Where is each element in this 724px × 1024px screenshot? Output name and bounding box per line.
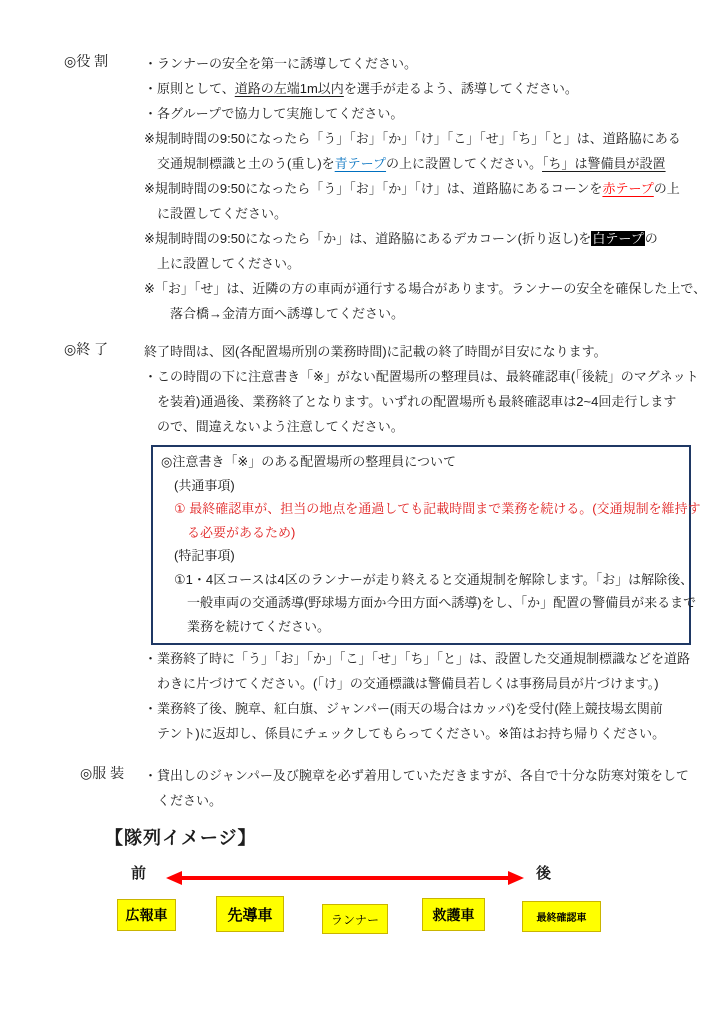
text-run: を選手が走るよう、誘導してください。 [344, 81, 578, 96]
text-run: を装着)通過後、業務終了となります。いずれの配置場所も最終確認車は2~4回走行し… [157, 394, 676, 409]
text-run: ◎注意書き「※」のある配置場所の整理員について [161, 454, 456, 469]
section-label-role: ◎役 割 [64, 51, 108, 71]
vehicle-box-kyugosha: 救護車 [422, 898, 485, 931]
text-line: に設置してください。 [144, 201, 706, 226]
text-line: ※規制時間の9:50になったら「う」「お」「か」「け」は、道路脇にあるコーンを赤… [144, 176, 706, 201]
vehicle-box-sendosha: 先導車 [216, 896, 284, 932]
text-line: ので、間違えないよう注意してください。 [144, 414, 699, 439]
text-run: 交通規制標識と土のう(重し)を [157, 156, 335, 171]
section-end-text: 終了時間は、図(各配置場所別の業務時間)に記載の終了時間が目安になります。・この… [144, 339, 699, 439]
text-line: る必要があるため) [161, 521, 681, 545]
text-run: ※規制時間の9:50になったら「か」は、道路脇にあるデカコーン(折り返し)を [144, 231, 591, 246]
text-run: 業務を続けてください。 [187, 619, 330, 634]
text-run: ので、間違えないよう注意してください。 [157, 419, 404, 434]
text-line: ※「お」「せ」は、近隣の方の車両が通行する場合があります。ランナーの安全を確保し… [144, 276, 706, 301]
formation-back-label: 後 [536, 862, 551, 883]
text-line: ・各グループで協力して実施してください。 [144, 101, 706, 126]
highlighted-text-run: 「ち」は警備員が設置 [542, 156, 666, 171]
red-double-arrow-icon [166, 868, 524, 888]
text-line: ・この時間の下に注意書き「※」がない配置場所の整理員は、最終確認車(「後続」のマ… [144, 364, 699, 389]
text-line: 業務を続けてください。 [161, 615, 681, 639]
section-label-end: ◎終 了 [64, 339, 108, 359]
text-run: テント)に返却し、係員にチェックしてもらってください。※笛はお持ち帰りください。 [157, 726, 665, 741]
text-line: ◎注意書き「※」のある配置場所の整理員について [161, 450, 681, 474]
text-line: ※規制時間の9:50になったら「う」「お」「か」「け」「こ」「せ」「ち」「と」は… [144, 126, 706, 151]
text-run: ①1・4区コースは4区のランナーが走り終えると交通規制を解除します。「お」は解除… [174, 572, 693, 587]
section-role-text: ・ランナーの安全を第一に誘導してください。・原則として、道路の左端1m以内を選手… [144, 51, 706, 326]
notice-box: ◎注意書き「※」のある配置場所の整理員について(共通事項)① 最終確認車が、担当… [151, 445, 691, 645]
text-line: ①1・4区コースは4区のランナーが走り終えると交通規制を解除します。「お」は解除… [161, 568, 681, 592]
highlighted-text-run: 道路の左端1m以内 [235, 81, 344, 96]
formation-title: 【隊列イメージ】 [105, 824, 256, 850]
text-line: ※規制時間の9:50になったら「か」は、道路脇にあるデカコーン(折り返し)を白テ… [144, 226, 706, 251]
text-run: ※規制時間の9:50になったら「う」「お」「か」「け」は、道路脇にあるコーンを [144, 181, 602, 196]
text-run: ・ランナーの安全を第一に誘導してください。 [144, 56, 417, 71]
highlighted-text-run: 白テープ [591, 231, 644, 246]
vehicle-box-kohosha: 広報車 [117, 899, 176, 931]
text-run: ※規制時間の9:50になったら「う」「お」「か」「け」「こ」「せ」「ち」「と」は… [144, 131, 681, 146]
text-line: (共通事項) [161, 474, 681, 498]
text-run: の上に設置してください。 [386, 156, 542, 171]
text-run: ください。 [157, 793, 222, 808]
section-clothing-text: ・貸出しのジャンパー及び腕章を必ず着用していただきますが、各自で十分な防寒対策を… [144, 763, 689, 813]
formation-front-label: 前 [131, 862, 146, 883]
text-line: ・ランナーの安全を第一に誘導してください。 [144, 51, 706, 76]
text-run: ・各グループで協力して実施してください。 [144, 106, 403, 121]
text-run: 上に設置してください。 [157, 256, 300, 271]
text-run: (共通事項) [174, 478, 235, 493]
text-run: に設置してください。 [157, 206, 287, 221]
text-line: 落合橋→金清方面へ誘導してください。 [144, 301, 706, 326]
text-line: 一般車両の交通誘導(野球場方面か今田方面へ誘導)をし、「か」配置の警備員が来るま… [161, 591, 681, 615]
text-run: ※「お」「せ」は、近隣の方の車両が通行する場合があります。ランナーの安全を確保し… [144, 281, 706, 296]
text-run: (特記事項) [174, 548, 235, 563]
vehicle-box-runner: ランナー [322, 904, 388, 934]
text-run: 落合橋→金清方面へ誘導してください。 [170, 306, 404, 321]
text-line: ・原則として、道路の左端1m以内を選手が走るよう、誘導してください。 [144, 76, 706, 101]
text-run: 一般車両の交通誘導(野球場方面か今田方面へ誘導)をし、「か」配置の警備員が来るま… [187, 595, 696, 610]
text-line: (特記事項) [161, 544, 681, 568]
text-run: の上 [654, 181, 680, 196]
text-line: 終了時間は、図(各配置場所別の業務時間)に記載の終了時間が目安になります。 [144, 339, 699, 364]
text-line: ・貸出しのジャンパー及び腕章を必ず着用していただきますが、各自で十分な防寒対策を… [144, 763, 689, 788]
document-page: { "colors": { "blue": "#0070c0", "red": … [0, 0, 724, 1024]
highlighted-text-run: る必要があるため) [187, 525, 295, 540]
highlighted-text-run: 赤テープ [602, 181, 653, 196]
text-run: ・業務終了時に「う」「お」「か」「こ」「せ」「ち」「と」は、設置した交通規制標識… [144, 651, 690, 666]
text-line: ください。 [144, 788, 689, 813]
highlighted-text-run: 青テープ [335, 156, 386, 171]
section-end-after-box-text: ・業務終了時に「う」「お」「か」「こ」「せ」「ち」「と」は、設置した交通規制標識… [144, 646, 690, 746]
text-run: ・貸出しのジャンパー及び腕章を必ず着用していただきますが、各自で十分な防寒対策を… [144, 768, 689, 783]
text-line: ① 最終確認車が、担当の地点を通過しても記載時間まで業務を続ける。(交通規制を維… [161, 497, 681, 521]
text-line: ・業務終了時に「う」「お」「か」「こ」「せ」「ち」「と」は、設置した交通規制標識… [144, 646, 690, 671]
text-line: を装着)通過後、業務終了となります。いずれの配置場所も最終確認車は2~4回走行し… [144, 389, 699, 414]
section-label-clothing: ◎服 装 [80, 763, 124, 783]
text-line: わきに片づけてください。(「け」の交通標識は警備員若しくは事務局員が片づけます。… [144, 671, 690, 696]
text-run: ・この時間の下に注意書き「※」がない配置場所の整理員は、最終確認車(「後続」のマ… [144, 369, 699, 384]
vehicle-box-saishukakuninsha: 最終確認車 [522, 901, 601, 932]
text-run: の [645, 231, 658, 246]
highlighted-text-run: ① 最終確認車が、担当の地点を通過しても記載時間まで業務を続ける。(交通規制を維… [174, 501, 701, 516]
text-run: ・原則として、 [144, 81, 235, 96]
text-run: ・業務終了後、腕章、紅白旗、ジャンパー(雨天の場合はカッパ)を受付(陸上競技場玄… [144, 701, 663, 716]
text-run: わきに片づけてください。(「け」の交通標識は警備員若しくは事務局員が片づけます。… [157, 676, 659, 691]
text-line: ・業務終了後、腕章、紅白旗、ジャンパー(雨天の場合はカッパ)を受付(陸上競技場玄… [144, 696, 690, 721]
text-line: 交通規制標識と土のう(重し)を青テープの上に設置してください。「ち」は警備員が設… [144, 151, 706, 176]
text-line: テント)に返却し、係員にチェックしてもらってください。※笛はお持ち帰りください。 [144, 721, 690, 746]
text-line: 上に設置してください。 [144, 251, 706, 276]
text-run: 終了時間は、図(各配置場所別の業務時間)に記載の終了時間が目安になります。 [144, 344, 607, 359]
